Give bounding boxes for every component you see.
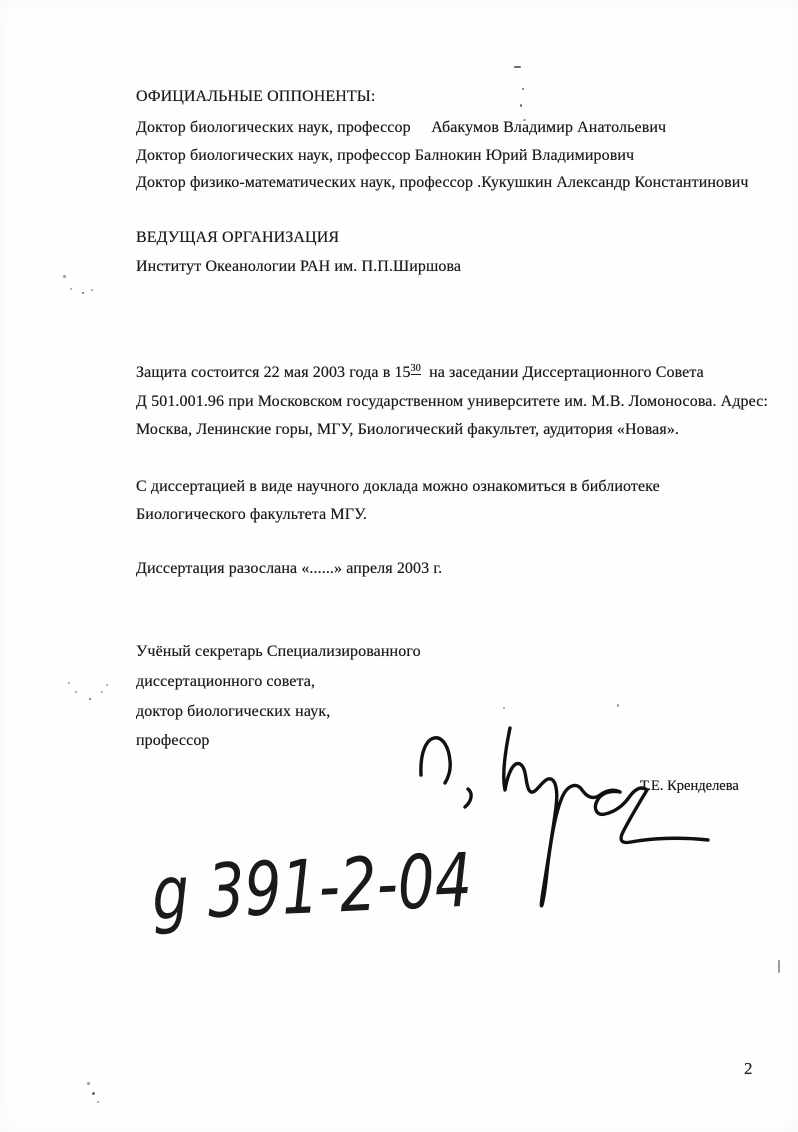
defense-line-1-end: на заседании Диссертационного Совета	[421, 364, 704, 381]
defense-time-superscript: 30	[411, 363, 421, 375]
inventory-number-handwriting: g 391-2-04	[150, 838, 473, 938]
secretary-line-4: профессор	[136, 731, 210, 750]
library-line-1: С диссертацией в виде научного доклада м…	[136, 477, 660, 496]
scan-speck	[91, 289, 93, 291]
scan-speck	[68, 682, 70, 684]
scan-speck	[87, 1082, 90, 1085]
scan-speck	[101, 691, 103, 693]
scan-speck	[75, 691, 77, 693]
secretary-signature-name: Т.Е. Кренделева	[640, 778, 739, 795]
opponents-heading: ОФИЦИАЛЬНЫЕ ОППОНЕНТЫ:	[136, 87, 375, 106]
scan-speck	[89, 698, 91, 700]
scan-speck	[520, 104, 522, 107]
scan-speck	[70, 288, 72, 290]
signature-scribble	[421, 728, 708, 906]
defense-line-1-start: Защита состоится 22 мая 2003 года в 15	[136, 364, 411, 381]
scan-speck	[503, 707, 505, 709]
scan-speck	[97, 1101, 99, 1103]
scan-speck	[63, 275, 66, 278]
scan-speck	[106, 684, 108, 686]
scan-speck	[92, 1092, 95, 1095]
defense-line-2: Д 501.001.96 при Московском государствен…	[136, 392, 768, 411]
scan-speck	[523, 119, 526, 121]
opponent-item-2: Доктор биологических наук, профессор Бал…	[136, 146, 634, 165]
scan-speck	[522, 88, 524, 90]
mailed-line: Диссертация разослана «......» апреля 20…	[136, 559, 442, 578]
secretary-line-2: диссертационного совета,	[136, 672, 315, 691]
leading-organization-heading: ВЕДУЩАЯ ОРГАНИЗАЦИЯ	[136, 228, 339, 247]
defense-line-3: Москва, Ленинские горы, МГУ, Биологическ…	[136, 420, 679, 439]
leading-organization-name: Институт Океанологии РАН им. П.П.Ширшова	[136, 257, 461, 276]
defense-line-1: Защита состоится 22 мая 2003 года в 1530…	[136, 363, 704, 382]
secretary-line-3: доктор биологических наук,	[136, 702, 330, 721]
scan-speck	[514, 66, 521, 68]
library-line-2: Биологического факультета МГУ.	[136, 505, 367, 524]
opponent-item-3: Доктор физико-математических наук, профе…	[136, 173, 749, 192]
page-number: 2	[744, 1059, 753, 1079]
scan-speck	[778, 960, 780, 973]
opponent-item-1: Доктор биологических наук, профессор Аба…	[136, 118, 666, 137]
scan-speck	[82, 292, 84, 294]
scan-speck	[617, 704, 619, 707]
document-page: ОФИЦИАЛЬНЫЕ ОППОНЕНТЫ: Доктор биологичес…	[0, 0, 798, 1132]
secretary-line-1: Учёный секретарь Специализированного	[136, 642, 421, 661]
